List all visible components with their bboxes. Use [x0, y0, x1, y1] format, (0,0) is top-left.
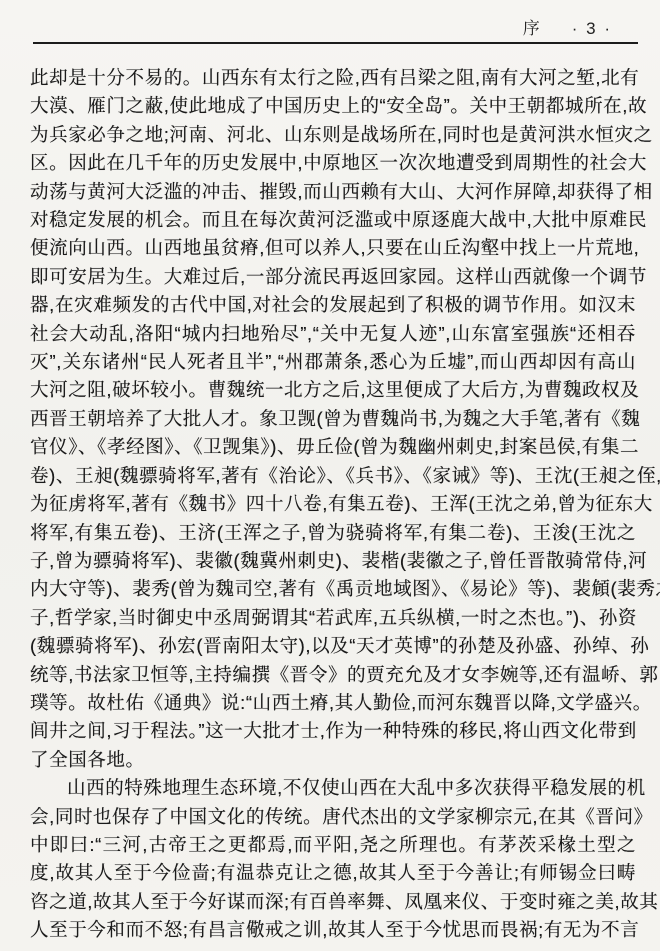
text-line: 大漠、雁门之蔽,使此地成了中国历史上的“安全岛”。关中王朝都城所在,故 [30, 92, 636, 120]
text-line: 卷)、王昶(魏骠骑将军,著有《治论》、《兵书》、《家诫》等)、王沈(王昶之侄,曾 [30, 462, 636, 490]
text-line: 咨之道,故其人至于今好谋而深;有百兽率舞、凤凰来仪、于变时雍之美,故其 [30, 888, 636, 916]
text-line: 动荡与黄河大泛滥的冲击、摧毁,而山西赖有大山、大河作屏障,却获得了相 [30, 178, 636, 206]
text-line: 即可安居为生。大难过后,一部分流民再返回家园。这样山西就像一个调节 [30, 263, 636, 291]
scanned-book-page: 序 · 3 · 此却是十分不易的。山西东有太行之险,西有吕梁之阻,南有大河之堑,… [0, 0, 660, 951]
text-line: 子,曾为骠骑将军)、裴徽(魏冀州刺史)、裴楷(裴徽之子,曾任晋散骑常侍,河 [30, 547, 636, 575]
text-line: 统等,书法家卫恒等,主持编撰《晋令》的贾充允及才女李婉等,还有温峤、郭 [30, 661, 636, 689]
text-line: 闾井之间,习于程法。”这一大批才士,作为一种特殊的移民,将山西文化带到 [30, 717, 636, 745]
chapter-title: 序 [523, 14, 542, 39]
text-line: 为兵家必争之地;河南、河北、山东则是战场所在,同时也是黄河洪水恒灾之 [30, 121, 636, 149]
text-line: (魏骠骑将军)、孙宏(晋南阳太守),以及“天才英博”的孙楚及孙盛、孙绰、孙 [30, 632, 636, 660]
text-line: 大河之阻,破坏较小。曹魏统一北方之后,这里便成了大后方,为曹魏政权及 [30, 376, 636, 404]
text-line: 灭”,关东诸州“民人死者且半”,“州郡萧条,悉心为丘墟”,而山西却因有高山 [30, 348, 636, 376]
text-line: 中即曰:“三河,古帝王之更都焉,而平阳,尧之所理也。有茅茨采椽土型之 [30, 831, 636, 859]
text-line: 会,同时也保存了中国文化的传统。唐代杰出的文学家柳宗元,在其《晋问》 [30, 803, 636, 831]
text-line: 人至于今和而不怒;有昌言儆戒之训,故其人至于今忧思而畏祸;有无为不言 [30, 916, 636, 944]
text-line: 将军,有集五卷)、王济(王浑之子,曾为骁骑将军,有集二卷)、王浚(王沈之 [30, 519, 636, 547]
text-line: 此却是十分不易的。山西东有太行之险,西有吕梁之阻,南有大河之堑,北有 [30, 64, 636, 92]
text-line: 西晋王朝培养了大批人才。象卫觊(曾为曹魏尚书,为魏之大手笔,著有《魏 [30, 405, 636, 433]
header-divider [33, 42, 638, 44]
text-line: 内大守等)、裴秀(曾为魏司空,著有《禹贡地域图》、《易论》等)、裴頠(裴秀之 [30, 575, 636, 603]
body-text: 此却是十分不易的。山西东有太行之险,西有吕梁之阻,南有大河之堑,北有大漠、雁门之… [30, 64, 636, 945]
text-line: 了全国各地。 [30, 746, 636, 774]
text-line: 为征虏将军,著有《魏书》四十八卷,有集五卷)、王浑(王沈之弟,曾为征东大 [30, 490, 636, 518]
text-line: 器,在灾难频发的古代中国,对社会的发展起到了积极的调节作用。如汉末 [30, 291, 636, 319]
text-line: 官仪》、《孝经图》、《卫觊集》)、毋丘俭(曾为魏幽州刺史,封案邑侯,有集二 [30, 433, 636, 461]
text-line: 度,故其人至于今俭啬;有温恭克让之德,故其人至于今善让;有师锡佥曰畴 [30, 859, 636, 887]
text-line: 区。因此在几千年的历史发展中,中原地区一次次地遭受到周期性的社会大 [30, 149, 636, 177]
text-line: 便流向山西。山西地虽贫瘠,但可以养人,只要在山丘沟壑中找上一片荒地, [30, 234, 636, 262]
text-line: 社会大动乱,洛阳“城内扫地殆尽”,“关中无复人迹”,山东富室强族“还相吞 [30, 320, 636, 348]
text-line: 山西的特殊地理生态环境,不仅使山西在大乱中多次获得平稳发展的机 [30, 774, 636, 802]
page-header: 序 · 3 · [523, 14, 612, 39]
text-line: 璞等。故杜佑《通典》说:“山西土瘠,其人勤俭,而河东魏晋以降,文学盛兴。 [30, 689, 636, 717]
text-line: 子,哲学家,当时御史中丞周弼谓其“若武库,五兵纵横,一时之杰也。”)、孙资 [30, 604, 636, 632]
text-line: 对稳定发展的机会。而且在每次黄河泛滥或中原逐鹿大战中,大批中原难民 [30, 206, 636, 234]
page-number: · 3 · [572, 19, 612, 39]
